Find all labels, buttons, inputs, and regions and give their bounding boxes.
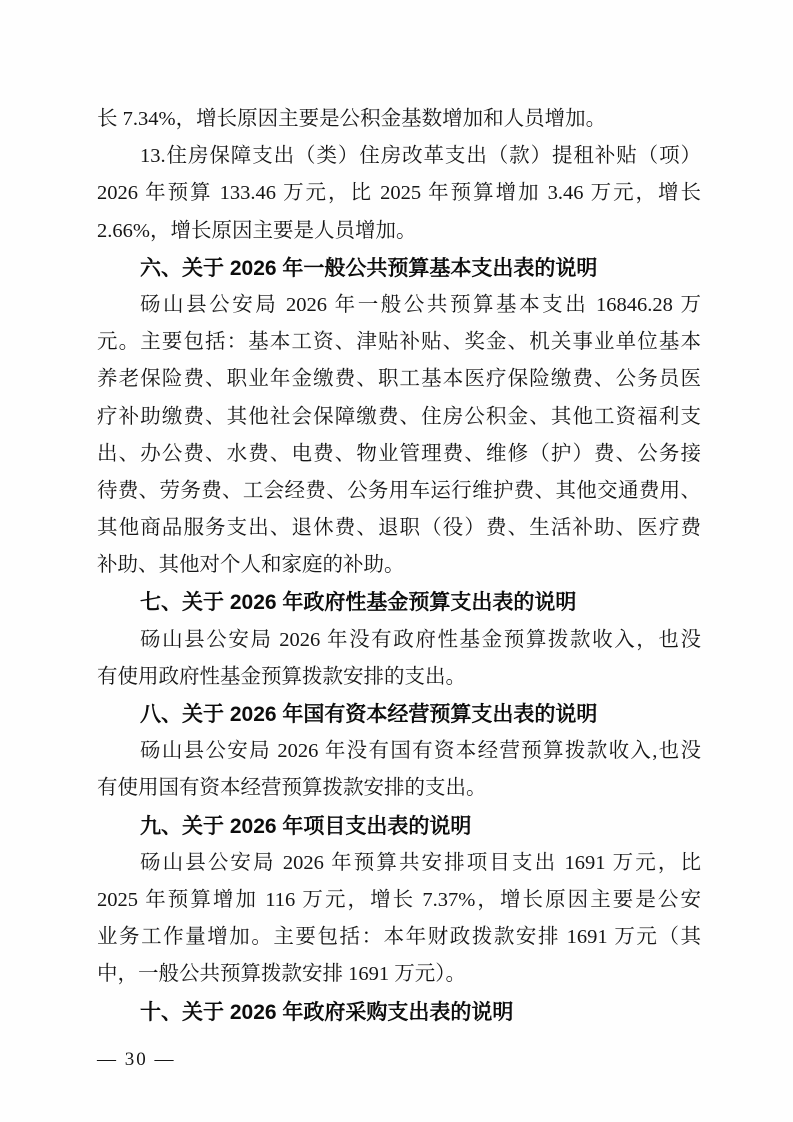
paragraph-line: 元。主要包括：基本工资、津贴补贴、奖金、机关事业单位基本 (97, 324, 701, 361)
heading-state-capital-table: 八、关于 2026 年国有资本经营预算支出表的说明 (97, 696, 701, 733)
heading-government-fund-table: 七、关于 2026 年政府性基金预算支出表的说明 (97, 584, 701, 621)
heading-project-expenditure-table: 九、关于 2026 年项目支出表的说明 (97, 808, 701, 845)
paragraph-line: 2026 年预算 133.46 万元，比 2025 年预算增加 3.46 万元，… (97, 175, 701, 212)
document-page: 长 7.34%，增长原因主要是公积金基数增加和人员增加。 13.住房保障支出（类… (0, 0, 793, 1122)
paragraph-line: 砀山县公安局 2026 年没有国有资本经营预算拨款收入,也没 (97, 733, 701, 770)
paragraph-line: 砀山县公安局 2026 年没有政府性基金预算拨款收入，也没 (97, 622, 701, 659)
paragraph-line: 13.住房保障支出（类）住房改革支出（款）提租补贴（项） (97, 138, 701, 175)
paragraph-line: 疗补助缴费、其他社会保障缴费、住房公积金、其他工资福利支 (97, 399, 701, 436)
paragraph-line: 中，一般公共预算拨款安排 1691 万元）。 (97, 956, 701, 993)
paragraph-line: 待费、劳务费、工会经费、公务用车运行维护费、其他交通费用、 (97, 473, 701, 510)
paragraph-line: 业务工作量增加。主要包括：本年财政拨款安排 1691 万元（其 (97, 919, 701, 956)
heading-government-procurement-table: 十、关于 2026 年政府采购支出表的说明 (97, 994, 701, 1031)
paragraph-line: 长 7.34%，增长原因主要是公积金基数增加和人员增加。 (97, 101, 701, 138)
paragraph-line: 其他商品服务支出、退休费、退职（役）费、生活补助、医疗费 (97, 510, 701, 547)
paragraph-line: 2025 年预算增加 116 万元，增长 7.37%，增长原因主要是公安 (97, 882, 701, 919)
paragraph-line: 养老保险费、职业年金缴费、职工基本医疗保险缴费、公务员医 (97, 361, 701, 398)
heading-basic-expenditure-table: 六、关于 2026 年一般公共预算基本支出表的说明 (97, 250, 701, 287)
paragraph-line: 出、办公费、水费、电费、物业管理费、维修（护）费、公务接 (97, 436, 701, 473)
paragraph-line: 2.66%，增长原因主要是人员增加。 (97, 213, 701, 250)
document-body: 长 7.34%，增长原因主要是公积金基数增加和人员增加。 13.住房保障支出（类… (97, 101, 701, 1031)
paragraph-line: 有使用国有资本经营预算拨款安排的支出。 (97, 770, 701, 807)
paragraph-line: 补助、其他对个人和家庭的补助。 (97, 547, 701, 584)
page-number: — 30 — (97, 1044, 176, 1076)
paragraph-line: 有使用政府性基金预算拨款安排的支出。 (97, 659, 701, 696)
paragraph-line: 砀山县公安局 2026 年一般公共预算基本支出 16846.28 万 (97, 287, 701, 324)
paragraph-line: 砀山县公安局 2026 年预算共安排项目支出 1691 万元，比 (97, 845, 701, 882)
